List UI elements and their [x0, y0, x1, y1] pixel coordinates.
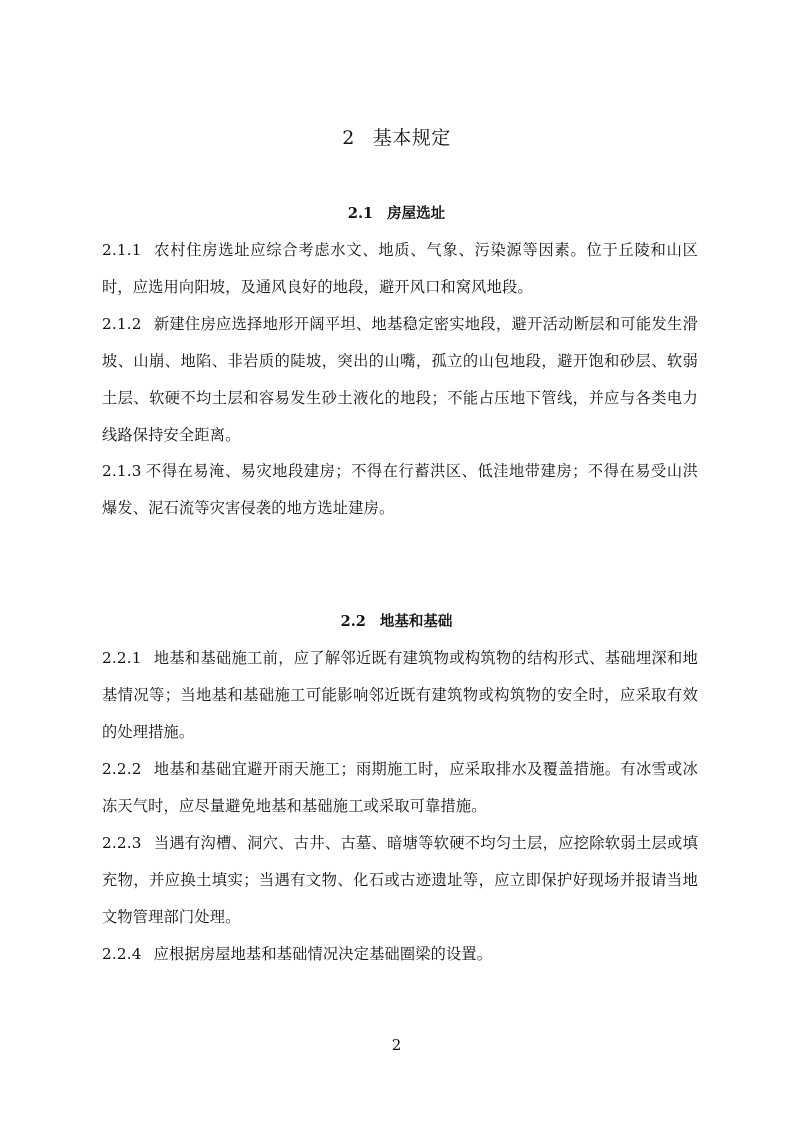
section-title: 地基和基础: [380, 613, 453, 630]
clause-2-1-2: 2.1.2新建住房应选择地形开阔平坦、地基稳定密实地段，避开活动断层和可能发生滑…: [102, 306, 698, 454]
clause-text: 当遇有沟槽、洞穴、古井、古墓、暗塘等软硬不均匀土层，应挖除软弱土层或填充物，并应…: [102, 834, 698, 926]
chapter-title: 2基本规定: [0, 124, 793, 152]
clause-text: 新建住房应选择地形开阔平坦、地基稳定密实地段，避开活动断层和可能发生滑坡、山崩、…: [102, 315, 698, 444]
clause-text: 应根据房屋地基和基础情况决定基础圈梁的设置。: [154, 945, 493, 963]
clause-text: 农村住房选址应综合考虑水文、地质、气象、污染源等因素。位于丘陵和山区时，应选用向…: [102, 241, 698, 296]
clause-number: 2.1.3: [102, 462, 142, 480]
clause-2-2-4: 2.2.4应根据房屋地基和基础情况决定基础圈梁的设置。: [102, 936, 698, 973]
clause-number: 2.2.2: [102, 760, 142, 778]
clause-2-2-1: 2.2.1地基和基础施工前，应了解邻近既有建筑物或构筑物的结构形式、基础埋深和地…: [102, 640, 698, 751]
clause-number: 2.2.4: [102, 945, 142, 963]
clause-text: 地基和基础宜避开雨天施工；雨期施工时，应采取排水及覆盖措施。有冰雪或冰冻天气时，…: [102, 760, 698, 815]
section-heading-2-1: 2.1房屋选址: [0, 203, 793, 225]
section-title: 房屋选址: [387, 205, 445, 222]
page-number: 2: [0, 1034, 793, 1056]
clause-number: 2.1.2: [102, 315, 142, 333]
clause-number: 2.1.1: [102, 241, 142, 259]
chapter-title-text: 基本规定: [373, 127, 451, 149]
clause-number: 2.2.3: [102, 834, 142, 852]
clause-2-1-1: 2.1.1农村住房选址应综合考虑水文、地质、气象、污染源等因素。位于丘陵和山区时…: [102, 232, 698, 306]
clause-text: 不得在易淹、易灾地段建房；不得在行蓄洪区、低洼地带建房；不得在易受山洪爆发、泥石…: [102, 462, 698, 517]
document-page: 2基本规定 2.1房屋选址 2.1.1农村住房选址应综合考虑水文、地质、气象、污…: [0, 0, 793, 1122]
clause-2-1-3: 2.1.3不得在易淹、易灾地段建房；不得在行蓄洪区、低洼地带建房；不得在易受山洪…: [102, 453, 698, 527]
section-number: 2.2: [341, 613, 366, 630]
clause-2-2-3: 2.2.3当遇有沟槽、洞穴、古井、古墓、暗塘等软硬不均匀土层，应挖除软弱土层或填…: [102, 825, 698, 936]
clause-number: 2.2.1: [102, 649, 142, 667]
clause-2-2-2: 2.2.2地基和基础宜避开雨天施工；雨期施工时，应采取排水及覆盖措施。有冰雪或冰…: [102, 751, 698, 825]
section-number: 2.1: [348, 205, 373, 222]
section-heading-2-2: 2.2地基和基础: [0, 611, 793, 633]
chapter-number: 2: [342, 127, 355, 149]
clause-text: 地基和基础施工前，应了解邻近既有建筑物或构筑物的结构形式、基础埋深和地基情况等；…: [102, 649, 698, 741]
